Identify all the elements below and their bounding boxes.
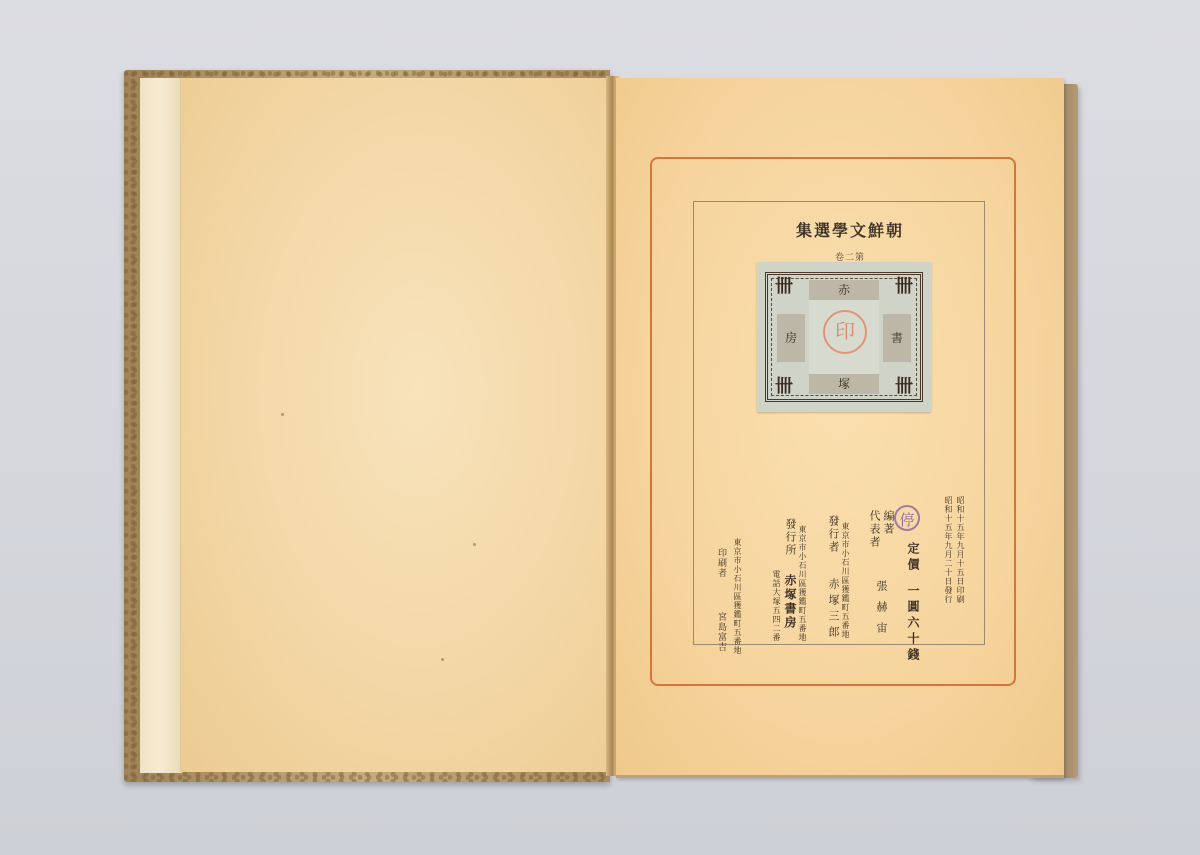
print-date: 昭和十五年九月十五日印刷 [955, 496, 966, 604]
label-left-char: 房 [777, 314, 805, 362]
publisher-address: 東京市小石川區獲鑑町五番地 [840, 522, 851, 639]
price-value: 一圓六十錢 [905, 584, 922, 664]
publish-date: 昭和十五年九月二十日發行 [943, 496, 954, 604]
printer-name: 宮島富吉 [715, 612, 728, 652]
label-top-char: 赤 [809, 280, 879, 300]
editor-label: 編著 [880, 510, 896, 536]
corner-ornament-icon: 卌 [775, 278, 793, 296]
foxing-spot [281, 413, 284, 416]
foxing-spot [473, 543, 476, 546]
publisher-label: 發行者 [825, 515, 841, 554]
printer-label: 印刷者 [715, 548, 728, 578]
issuer-name: 赤塚書房 [782, 574, 799, 630]
inspection-stamp: 停 [894, 505, 920, 531]
book-title: 朝鮮文學選集 [760, 218, 940, 241]
label-bottom-char: 塚 [809, 374, 879, 394]
publisher-label: 赤 塚 房 書 卌 卌 卌 卌 印 [757, 262, 931, 412]
corner-ornament-icon: 卌 [895, 278, 913, 296]
printer-address: 東京市小石川區獲鑑町五番地 [732, 538, 743, 655]
editor-name: 張赫宙 [873, 580, 889, 643]
editor-rep-label: 代表者 [866, 510, 882, 549]
left-blank-page [180, 78, 613, 772]
issuer-label: 發行所 [782, 518, 798, 557]
publisher-name: 赤塚三郎 [825, 578, 841, 642]
price-label: 定價 [905, 542, 922, 574]
foxing-spot [441, 658, 444, 661]
red-seal-icon: 印 [823, 310, 867, 354]
corner-ornament-icon: 卌 [895, 378, 913, 396]
issuer-phone: 電話大塚五四二番 [771, 570, 782, 642]
left-endpaper-hinge [140, 78, 182, 773]
label-right-char: 書 [883, 314, 911, 362]
corner-ornament-icon: 卌 [775, 378, 793, 396]
